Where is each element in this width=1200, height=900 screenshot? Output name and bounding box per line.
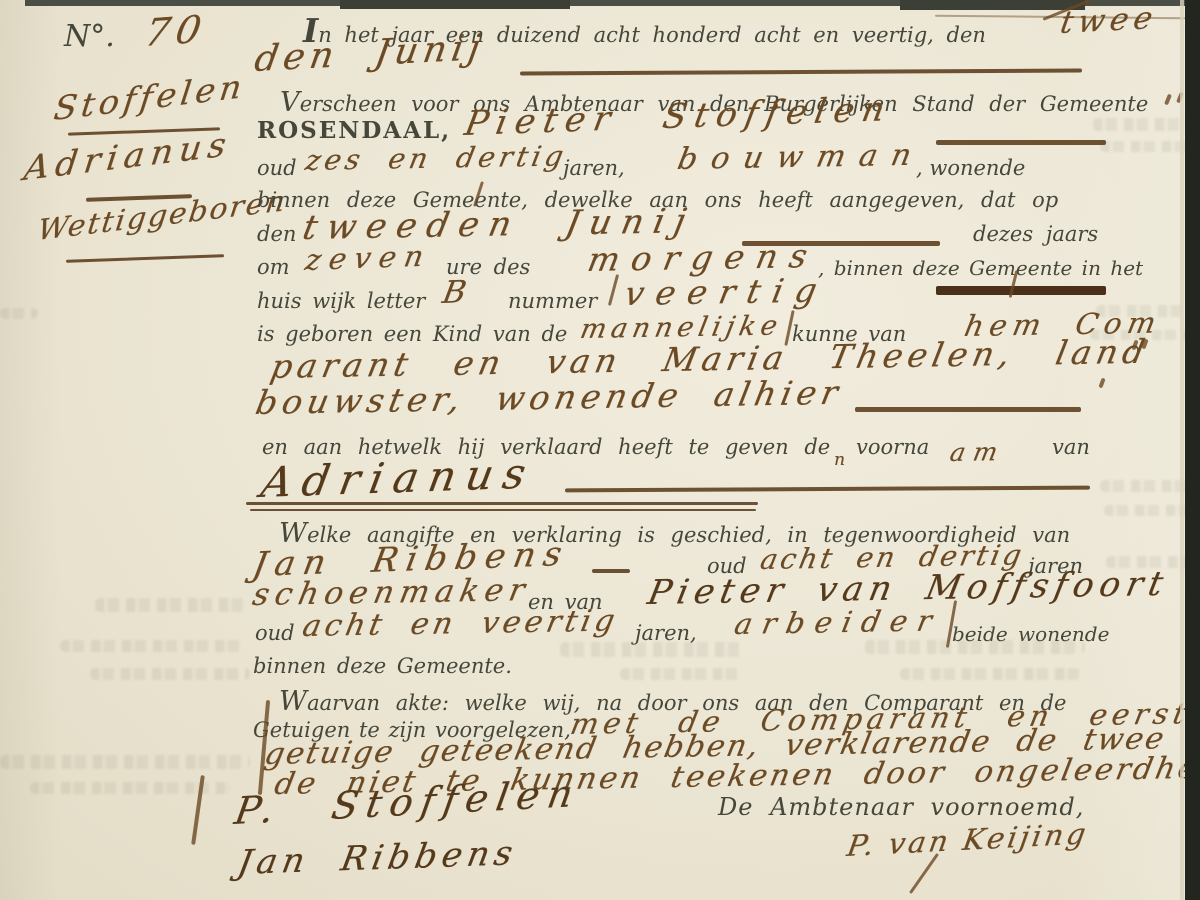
nummer-label: nummer xyxy=(508,291,597,312)
bleed-through xyxy=(900,668,1080,680)
bleed-through xyxy=(0,755,250,769)
margin-child-surname: Stoffelen xyxy=(52,69,247,125)
birth-certificate-scan: N°. 70 Stoffelen Adrianus Wettiggeboren … xyxy=(0,0,1200,900)
ink-rule xyxy=(565,486,1090,493)
bleed-through xyxy=(90,668,250,680)
official-title: De Ambtenaar voornoemd, xyxy=(718,795,1084,819)
am-insert-handwritten: am xyxy=(948,439,1008,465)
act-number-label: N°. xyxy=(64,22,115,52)
declarant-occupation-handwritten: bouwman xyxy=(675,141,928,175)
ink-rule xyxy=(855,407,1081,412)
bleed-through xyxy=(1100,141,1188,152)
ink-mark xyxy=(1098,378,1105,389)
witness2-age-handwritten: acht en veertig xyxy=(300,607,621,642)
ink-mark xyxy=(1164,94,1172,106)
previous-record-edge xyxy=(340,0,570,9)
bleed-through xyxy=(60,640,245,652)
oud-label: oud xyxy=(257,158,297,179)
n-insert-handwritten: n xyxy=(834,452,845,469)
bleed-through xyxy=(1093,118,1193,131)
witness-signature: Jan Ribbens xyxy=(235,836,520,880)
ink-rule xyxy=(936,140,1106,145)
wonende-label: , wonende xyxy=(916,158,1025,179)
ink-rule xyxy=(592,569,630,573)
photo-background-edge xyxy=(1185,0,1200,900)
ink-mark xyxy=(608,274,619,306)
beide-wonende-label: beide wonende xyxy=(952,624,1109,644)
birth-hour-handwritten: zeven xyxy=(303,242,434,275)
municipality-name: ROSENDAAL, xyxy=(257,119,451,142)
official-signature: P. van Keijing xyxy=(845,820,1090,861)
residence-line-2: binnen deze Gemeente. xyxy=(253,656,512,677)
bleed-through xyxy=(95,598,245,612)
witness2-occupation-handwritten: arbeider xyxy=(732,606,944,639)
ink-rule xyxy=(250,509,756,511)
ink-rule xyxy=(520,69,1082,76)
month-handwritten: den Junij xyxy=(252,30,487,78)
previous-record-edge xyxy=(900,0,1085,10)
day-number-handwritten: twee xyxy=(1058,3,1160,39)
ink-rule xyxy=(66,254,224,263)
jaren-label: jaren, xyxy=(563,158,625,179)
oud-label-3: oud xyxy=(255,623,295,644)
act-number-value: 70 xyxy=(142,10,210,52)
margin-child-firstname: Adrianus xyxy=(22,128,234,186)
dezes-jaars-label: dezes jaars xyxy=(973,224,1098,245)
bleed-through xyxy=(1100,480,1192,492)
child-name-handwritten: Adrianus xyxy=(258,453,539,504)
voorna-label: voorna xyxy=(856,437,929,458)
paper-edge-highlight xyxy=(1180,0,1184,900)
house-letter-label: huis wijk letter xyxy=(257,291,425,312)
ink-rule xyxy=(246,502,758,505)
jaren-label-3: jaren, xyxy=(635,623,697,644)
ink-rule xyxy=(936,286,1106,295)
bleed-through xyxy=(1104,505,1190,516)
wijk-letter-handwritten: B xyxy=(440,277,468,309)
bleed-through xyxy=(620,668,740,680)
mother-occupation-handwritten: bouwster, wonende alhier xyxy=(253,376,845,419)
bleed-through xyxy=(0,308,38,319)
declarant-age-handwritten: zes en dertig xyxy=(303,142,569,175)
den-label: den xyxy=(257,224,296,245)
binnen-gemeente-label: , binnen deze Gemeente in het xyxy=(818,258,1143,278)
house-number-handwritten: veertig xyxy=(622,273,832,310)
om-label: om xyxy=(257,257,290,278)
van-label: van xyxy=(1052,437,1090,458)
